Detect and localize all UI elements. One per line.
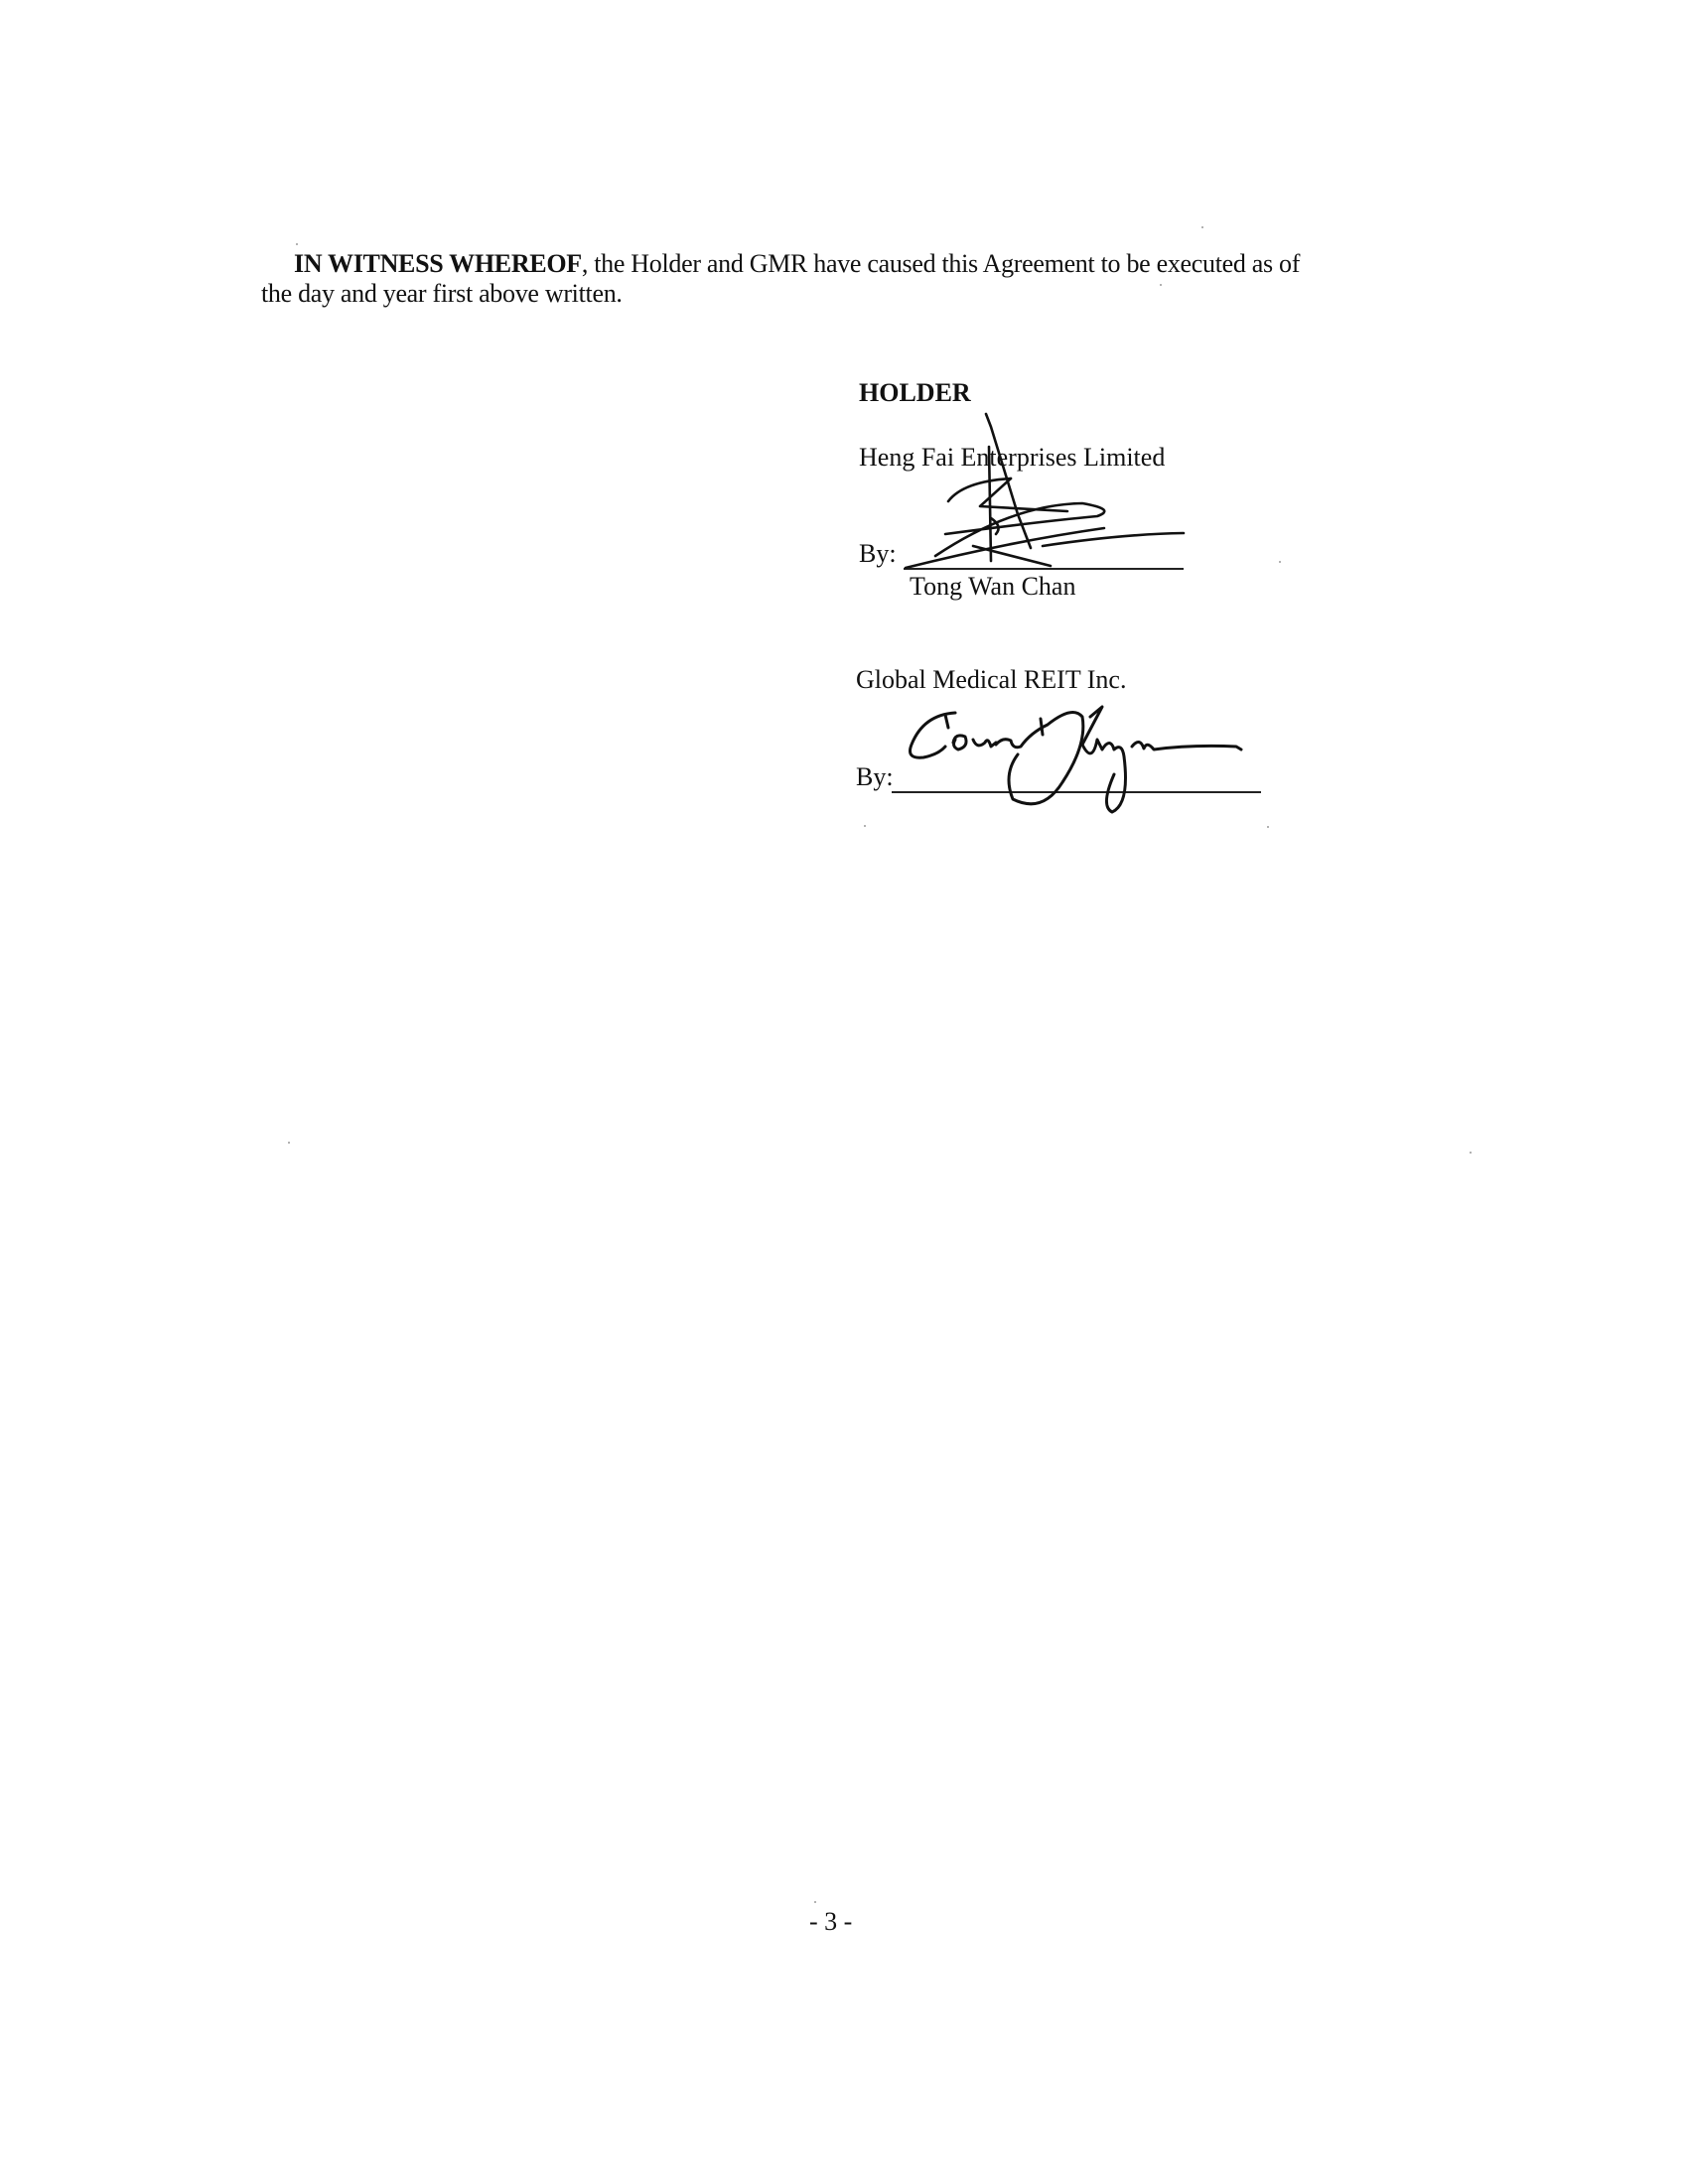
witness-clause-line-2: the day and year first above written. bbox=[261, 279, 623, 309]
witness-clause-line-1: IN WITNESS WHEREOF, the Holder and GMR h… bbox=[294, 249, 1300, 279]
gmr-by-label: By: bbox=[856, 762, 894, 792]
scan-speck bbox=[1279, 561, 1281, 563]
witness-clause-lead: IN WITNESS WHEREOF bbox=[294, 249, 582, 278]
scan-speck bbox=[288, 1142, 290, 1144]
gmr-signature-icon bbox=[894, 695, 1331, 824]
page-number: - 3 - bbox=[809, 1907, 852, 1937]
scan-speck bbox=[1160, 284, 1162, 286]
scan-speck bbox=[864, 825, 866, 827]
scan-speck bbox=[1470, 1152, 1472, 1154]
scan-speck bbox=[296, 243, 298, 245]
holder-by-label: By: bbox=[859, 539, 897, 569]
scan-speck bbox=[1267, 826, 1269, 828]
holder-signature-icon bbox=[894, 407, 1211, 581]
scan-speck bbox=[814, 1901, 816, 1903]
scan-speck bbox=[1201, 226, 1203, 228]
holder-heading: HOLDER bbox=[859, 378, 971, 408]
gmr-entity-name: Global Medical REIT Inc. bbox=[856, 665, 1126, 695]
witness-clause-rest: , the Holder and GMR have caused this Ag… bbox=[582, 249, 1300, 278]
